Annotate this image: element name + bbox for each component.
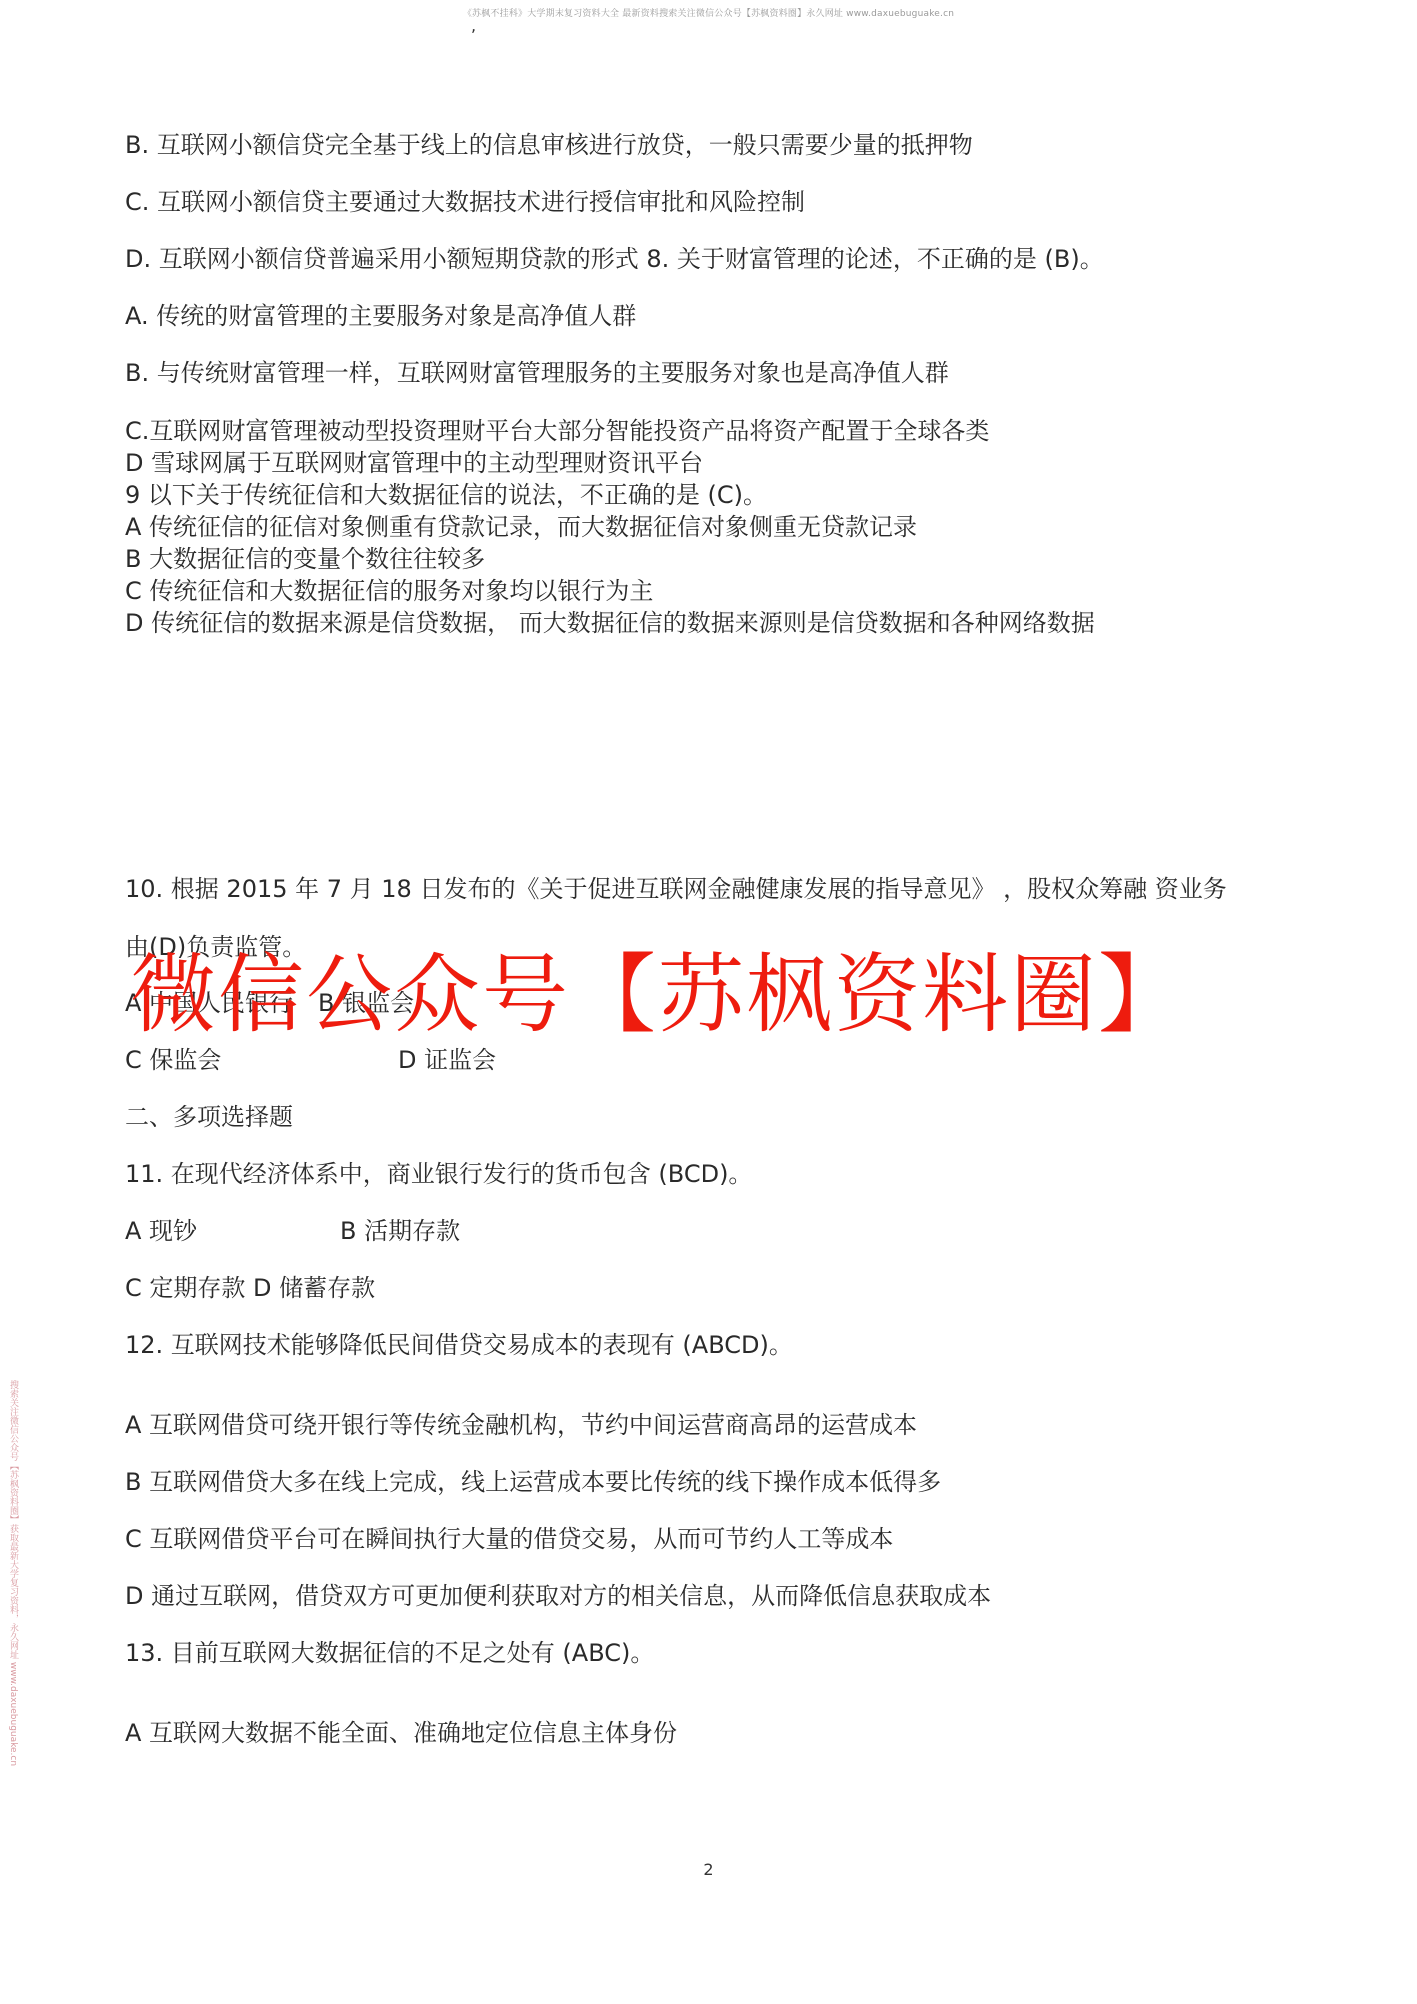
header-comma: , [471, 16, 476, 35]
q12-option-b: B 互联网借贷大多在线上完成，线上运营成本要比传统的线下操作成本低得多 [125, 1467, 941, 1497]
q12-option-a: A 互联网借贷可绕开银行等传统金融机构，节约中间运营商高昂的运营成本 [125, 1410, 917, 1440]
q8-option-a: A. 传统的财富管理的主要服务对象是高净值人群 [125, 301, 636, 331]
q10-stem-line1: 10. 根据 2015 年 7 月 18 日发布的《关于促进互联网金融健康发展的… [125, 874, 1227, 904]
q12-option-c: C 互联网借贷平台可在瞬间执行大量的借贷交易，从而可节约人工等成本 [125, 1524, 893, 1554]
q8-option-d: D 雪球网属于互联网财富管理中的主动型理财资讯平台 [125, 448, 703, 478]
q10-stem-line2: 由(D)负责监管。 [125, 932, 306, 962]
page-number: 2 [0, 1860, 1417, 1879]
q7-option-b: B. 互联网小额信贷完全基于线上的信息审核进行放贷，一般只需要少量的抵押物 [125, 130, 973, 160]
q9-option-d: D 传统征信的数据来源是信贷数据， 而大数据征信的数据来源则是信贷数据和各种网络… [125, 608, 1095, 638]
q7-option-c: C. 互联网小额信贷主要通过大数据技术进行授信审批和风险控制 [125, 187, 805, 217]
section-title: 二、多项选择题 [125, 1102, 293, 1132]
q12-option-d: D 通过互联网，借贷双方可更加便利获取对方的相关信息，从而降低信息获取成本 [125, 1581, 991, 1611]
q10-option-a: A 中国人民银行 [125, 988, 293, 1018]
q13-option-a: A 互联网大数据不能全面、准确地定位信息主体身份 [125, 1718, 677, 1748]
q10-option-c: C 保监会 [125, 1045, 221, 1075]
header-note: 《苏枫不挂科》大学期末复习资料大全 最新资料搜索关注微信公众号【苏枫资料圈】永久… [0, 6, 1417, 19]
side-note: 搜索关注微信公众号【苏枫资料圈】获取最新大学复习资料，永久网址 www.daxu… [4, 1380, 18, 1766]
q10-option-b: B 银监会 [318, 988, 414, 1018]
q9-stem: 9 以下关于传统征信和大数据征信的说法，不正确的是 (C)。 [125, 480, 767, 510]
q12-stem: 12. 互联网技术能够降低民间借贷交易成本的表现有 (ABCD)。 [125, 1330, 793, 1360]
q9-option-a: A 传统征信的征信对象侧重有贷款记录，而大数据征信对象侧重无贷款记录 [125, 512, 917, 542]
q9-option-c: C 传统征信和大数据征信的服务对象均以银行为主 [125, 576, 653, 606]
q8-option-c: C.互联网财富管理被动型投资理财平台大部分智能投资产品将资产配置于全球各类 [125, 416, 989, 446]
q8-option-b: B. 与传统财富管理一样，互联网财富管理服务的主要服务对象也是高净值人群 [125, 358, 949, 388]
q7-option-d-and-q8-stem: D. 互联网小额信贷普遍采用小额短期贷款的形式 8. 关于财富管理的论述，不正确… [125, 244, 1104, 274]
q11-stem: 11. 在现代经济体系中，商业银行发行的货币包含 (BCD)。 [125, 1159, 752, 1189]
q10-option-d: D 证监会 [398, 1045, 496, 1075]
q13-stem: 13. 目前互联网大数据征信的不足之处有 (ABC)。 [125, 1638, 654, 1668]
q9-option-b: B 大数据征信的变量个数往往较多 [125, 544, 485, 574]
q11-option-b: B 活期存款 [340, 1216, 460, 1246]
q11-option-c-d: C 定期存款 D 储蓄存款 [125, 1273, 375, 1303]
q11-option-a: A 现钞 [125, 1216, 197, 1246]
